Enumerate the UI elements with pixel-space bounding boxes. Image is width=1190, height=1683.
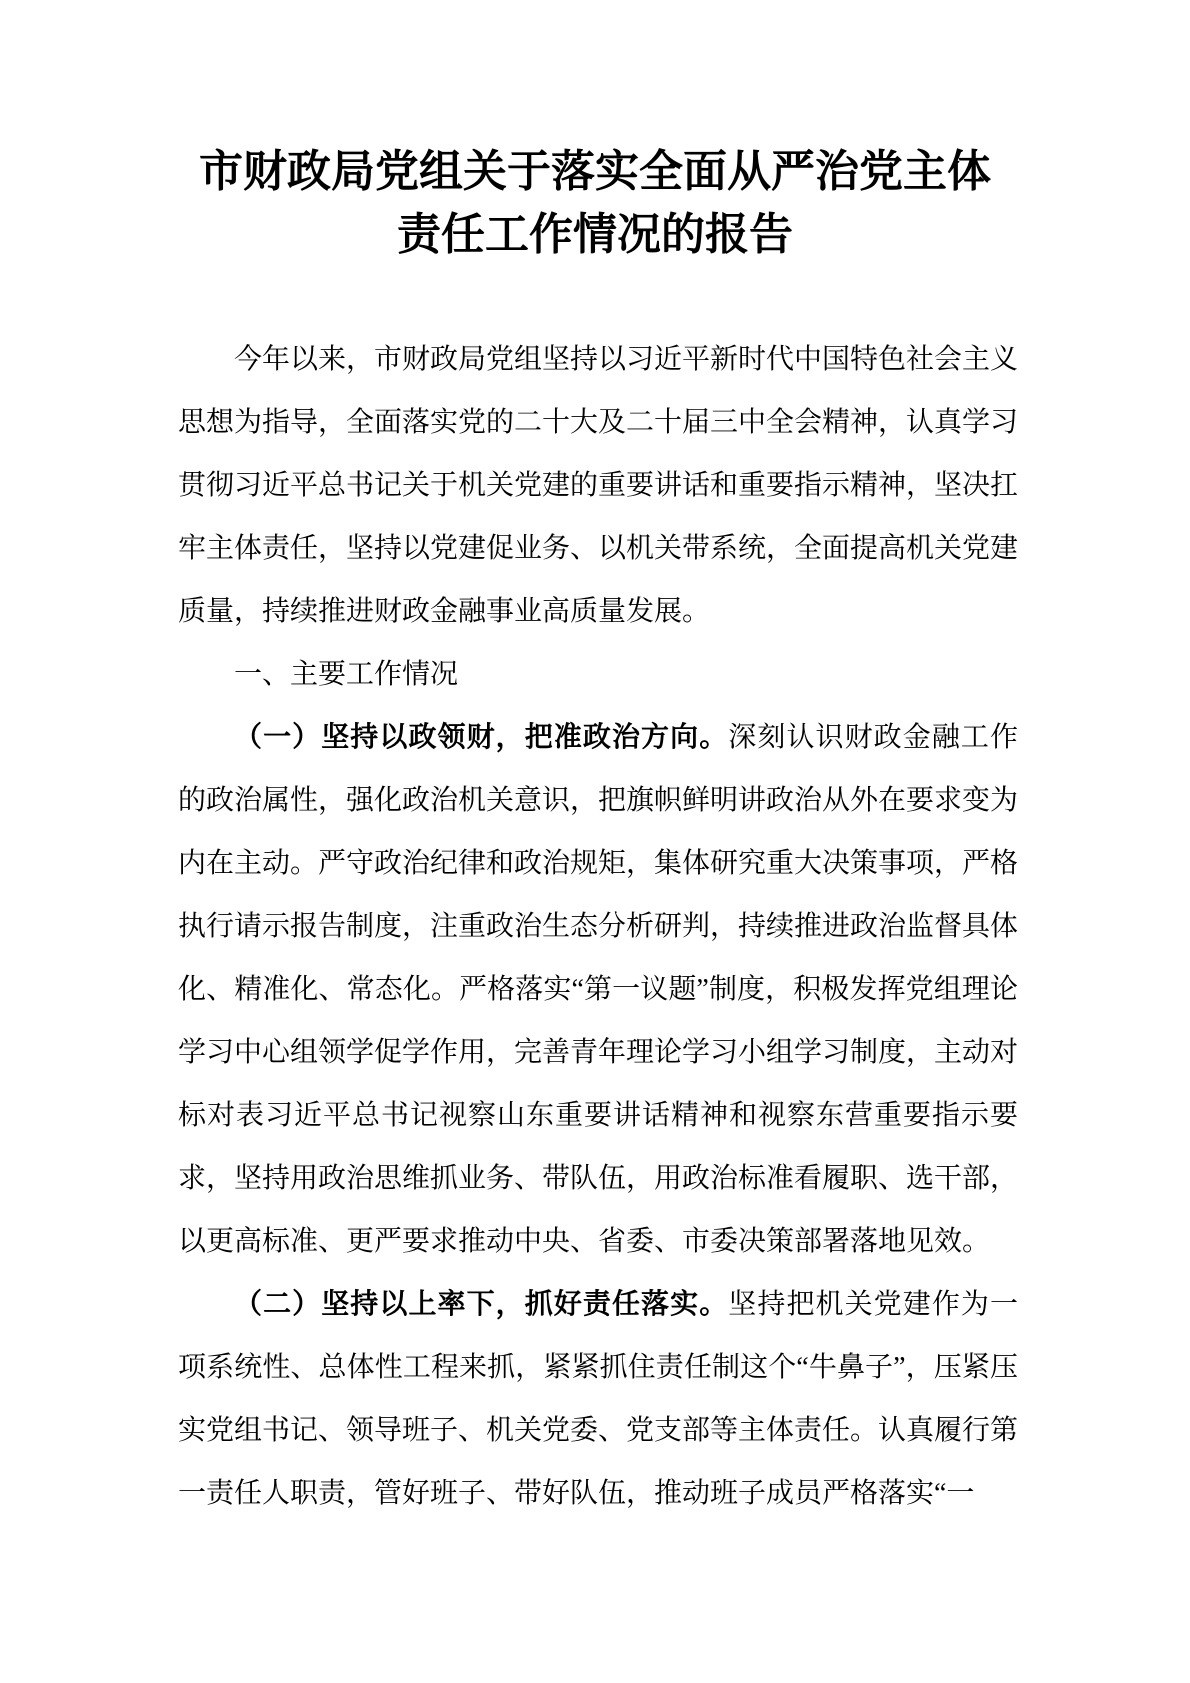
subsection-1-text: 深刻认识财政金融工作的政治属性，强化政治机关意识，把旗帜鲜明讲政治从外在要求变为… (178, 722, 1018, 1257)
title-line-2: 责任工作情况的报告 (120, 203, 1070, 266)
document-title: 市财政局党组关于落实全面从严治党主体 责任工作情况的报告 (0, 140, 1190, 266)
paragraph-intro: 今年以来，市财政局党组坚持以习近平新时代中国特色社会主义思想为指导，全面落实党的… (178, 328, 1018, 643)
subsection-2-lead: （二）坚持以上率下，抓好责任落实。 (234, 1289, 728, 1320)
subsection-2-text: 坚持把机关党建作为一项系统性、总体性工程来抓，紧紧抓住责任制这个“牛鼻子”，压紧… (178, 1289, 1018, 1509)
paragraph-subsection-1: （一）坚持以政领财，把准政治方向。深刻认识财政金融工作的政治属性，强化政治机关意… (178, 706, 1018, 1273)
document-page: 市财政局党组关于落实全面从严治党主体 责任工作情况的报告 今年以来，市财政局党组… (0, 0, 1190, 1683)
paragraph-subsection-2: （二）坚持以上率下，抓好责任落实。坚持把机关党建作为一项系统性、总体性工程来抓，… (178, 1273, 1018, 1525)
subsection-1-lead: （一）坚持以政领财，把准政治方向。 (234, 722, 728, 753)
section-heading-main-work: 一、主要工作情况 (178, 643, 1018, 706)
title-line-1: 市财政局党组关于落实全面从严治党主体 (120, 140, 1070, 203)
document-body: 今年以来，市财政局党组坚持以习近平新时代中国特色社会主义思想为指导，全面落实党的… (0, 328, 1190, 1525)
